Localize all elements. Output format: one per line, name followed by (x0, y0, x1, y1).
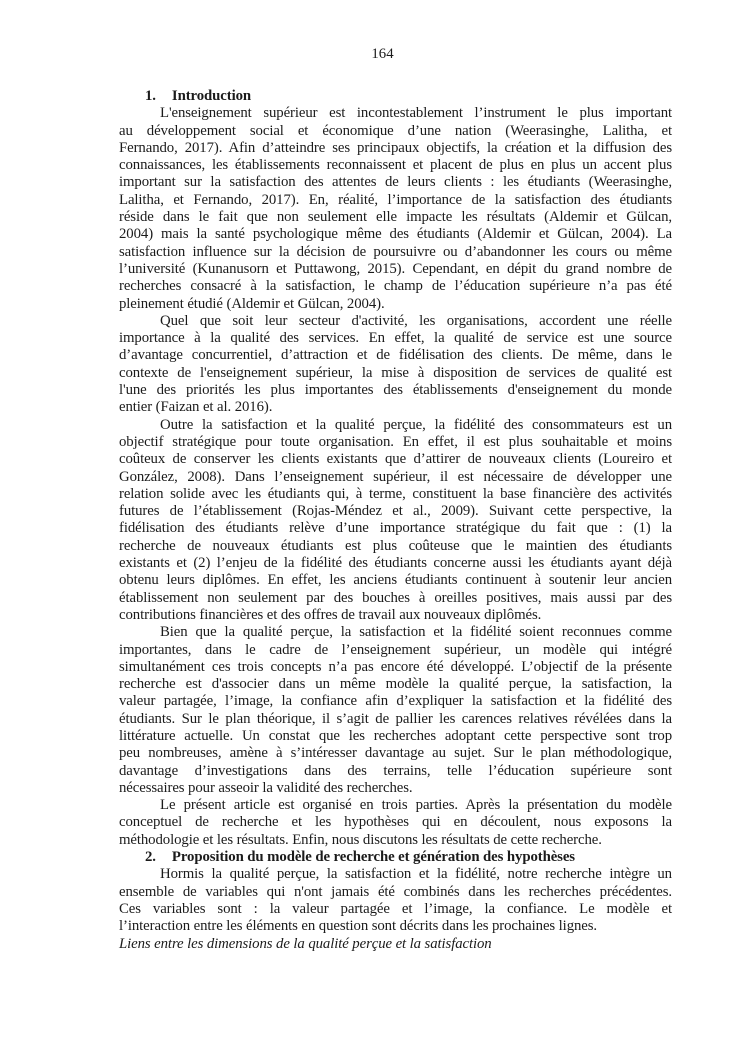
text-line: Quel que soit leur secteur d'activité, l… (119, 313, 672, 330)
text-line: contexte de l'enseignement supérieur, la… (119, 365, 672, 382)
text-line: existants et (2) l’enjeu de la fidélité … (119, 555, 672, 572)
document-body: 1.IntroductionL'enseignement supérieur e… (119, 88, 672, 953)
text-line: Le présent article est organisé en trois… (119, 797, 672, 814)
text-line: futures de l’établissement (Rojas-Méndez… (119, 503, 672, 520)
paragraph: Bien que la qualité perçue, la satisfact… (119, 624, 672, 797)
text-line: réside dans le fait que non seulement el… (119, 209, 672, 226)
text-line: au développement social et économique d’… (119, 123, 672, 140)
paragraph: Hormis la qualité perçue, la satisfactio… (119, 866, 672, 935)
page-number: 164 (106, 46, 659, 63)
text-line: l’interaction entre les éléments en ques… (119, 918, 672, 935)
text-line: valeur partagée, l’image, la confiance a… (119, 693, 672, 710)
text-line: Hormis la qualité perçue, la satisfactio… (119, 866, 672, 883)
text-line: littérature actuelle. Un constat que les… (119, 728, 672, 745)
text-line: González, 2008). Dans l’enseignement sup… (119, 469, 672, 486)
text-line: contributions financières et des offres … (119, 607, 672, 624)
section-heading: 1.Introduction (119, 88, 672, 105)
heading-number: 2. (145, 849, 156, 866)
text-line: recherches consacré à la satisfaction, l… (119, 278, 672, 295)
text-line: peu nombreuses, amène à s’intéresser dav… (119, 745, 672, 762)
text-line: Fernando, 2017). Afin d’atteindre ses pr… (119, 140, 672, 157)
text-line: simultanément ces trois concepts n’a pas… (119, 659, 672, 676)
text-line: 2004) mais la santé psychologique même d… (119, 226, 672, 243)
text-line: obtenu leurs diplômes. En effet, les anc… (119, 572, 672, 589)
text-line: nécessaires pour asseoir la validité des… (119, 780, 672, 797)
text-line: Bien que la qualité perçue, la satisfact… (119, 624, 672, 641)
text-line: recherche de nouveaux étudiants est plus… (119, 538, 672, 555)
subsection-title: Liens entre les dimensions de la qualité… (119, 936, 672, 953)
text-line: objectif stratégique pour toute organisa… (119, 434, 672, 451)
text-line: Ces variables sont : la valeur partagée … (119, 901, 672, 918)
text-line: établissement non seulement par des bouc… (119, 590, 672, 607)
heading-label: Introduction (172, 88, 251, 105)
text-line: satisfaction influence sur la décision d… (119, 244, 672, 261)
text-line: Lalitha, et Fernando, 2017). En, réalité… (119, 192, 672, 209)
text-line: étudiants. Sur le plan théorique, il s’a… (119, 711, 672, 728)
text-line: relation solide avec les étudiants qui, … (119, 486, 672, 503)
document-page: 164 1.IntroductionL'enseignement supérie… (0, 0, 745, 1053)
text-line: recherche est d'associer dans un même mo… (119, 676, 672, 693)
paragraph: Le présent article est organisé en trois… (119, 797, 672, 849)
text-line: coûteux de conserver les clients existan… (119, 451, 672, 468)
text-line: méthodologie et les résultats. Enfin, no… (119, 832, 672, 849)
paragraph: Quel que soit leur secteur d'activité, l… (119, 313, 672, 417)
text-line: ensemble de variables qui n'ont jamais é… (119, 884, 672, 901)
text-line: important sur la satisfaction des attent… (119, 174, 672, 191)
paragraph: Outre la satisfaction et la qualité perç… (119, 417, 672, 625)
text-line: l'une des priorités les plus importantes… (119, 382, 672, 399)
text-line: davantage d’investigations dans des terr… (119, 763, 672, 780)
text-line: importance à la qualité des services. En… (119, 330, 672, 347)
text-line: l’université (Kunanusorn et Puttawong, 2… (119, 261, 672, 278)
text-line: Outre la satisfaction et la qualité perç… (119, 417, 672, 434)
text-line: L'enseignement supérieur est incontestab… (119, 105, 672, 122)
section-heading: 2.Proposition du modèle de recherche et … (119, 849, 672, 866)
heading-number: 1. (145, 88, 156, 105)
text-line: pleinement étudié (Aldemir et Gülcan, 20… (119, 296, 672, 313)
heading-label: Proposition du modèle de recherche et gé… (172, 849, 575, 866)
text-line: importantes, dans le cadre de l’enseigne… (119, 642, 672, 659)
text-line: d’avantage concurrentiel, d’attraction e… (119, 347, 672, 364)
text-line: conceptuel de recherche et les hypothèse… (119, 814, 672, 831)
text-line: fidélisation des étudiants relève d’une … (119, 520, 672, 537)
text-line: entier (Faizan et al. 2016). (119, 399, 672, 416)
text-line: connaissances, les établissements reconn… (119, 157, 672, 174)
paragraph: L'enseignement supérieur est incontestab… (119, 105, 672, 313)
